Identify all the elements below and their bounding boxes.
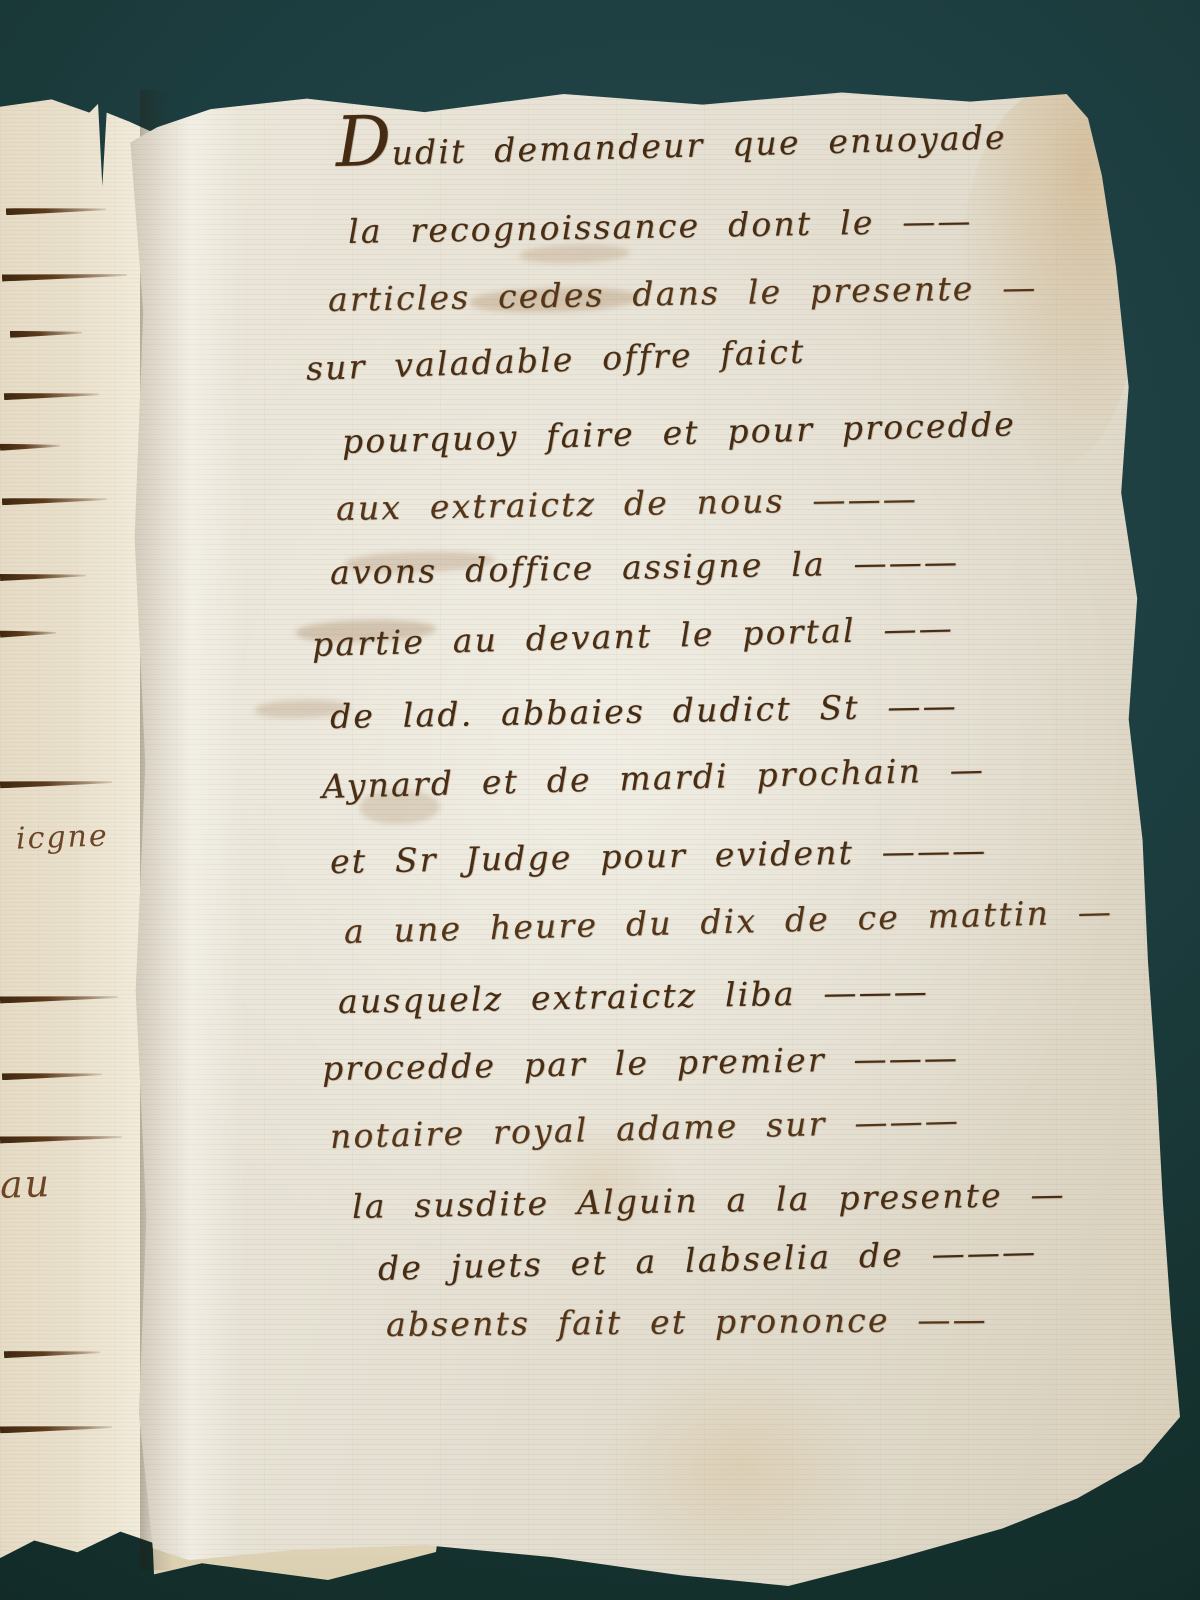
- line-ending-stroke: [6, 206, 106, 215]
- line-ending-stroke: [2, 1071, 102, 1080]
- line-ending-stroke: [4, 391, 99, 400]
- line-ending-stroke: [0, 442, 60, 450]
- manuscript-line: absents fait et prononce ——: [386, 1303, 988, 1341]
- manuscript-line: de lad. abbaies dudict St ——: [330, 689, 958, 733]
- line-ending-stroke: [10, 329, 82, 338]
- line-ending-stroke: [4, 1349, 100, 1358]
- line-ending-stroke: [0, 994, 118, 1004]
- line-ending-stroke: [0, 1424, 112, 1434]
- manuscript-page: Dudit demandeur que enuoyadela recognois…: [125, 85, 1195, 1595]
- manuscript-page-surface: Dudit demandeur que enuoyadela recognois…: [0, 0, 1200, 1600]
- word-fragment: icgne: [15, 818, 109, 856]
- line-ending-stroke: [0, 572, 86, 581]
- word-fragment: au: [0, 1161, 52, 1207]
- line-ending-stroke: [0, 1134, 122, 1144]
- manuscript-line: procedde par le premier ———: [322, 1041, 960, 1085]
- line-ending-stroke: [0, 779, 112, 789]
- manuscript-line: ausquelz extraictz liba ———: [338, 975, 930, 1018]
- manuscript-line: la recognoissance dont le ——: [348, 204, 973, 248]
- line-ending-stroke: [2, 271, 127, 281]
- photograph-background: icgneau Dudit demandeur que enuoyadela r…: [0, 0, 1200, 1600]
- manuscript-line: aux extraictz de nous ———: [336, 482, 918, 525]
- manuscript-line: avons doffice assigne la ———: [330, 545, 960, 589]
- line-ending-stroke: [2, 496, 107, 506]
- line-ending-stroke: [0, 629, 56, 637]
